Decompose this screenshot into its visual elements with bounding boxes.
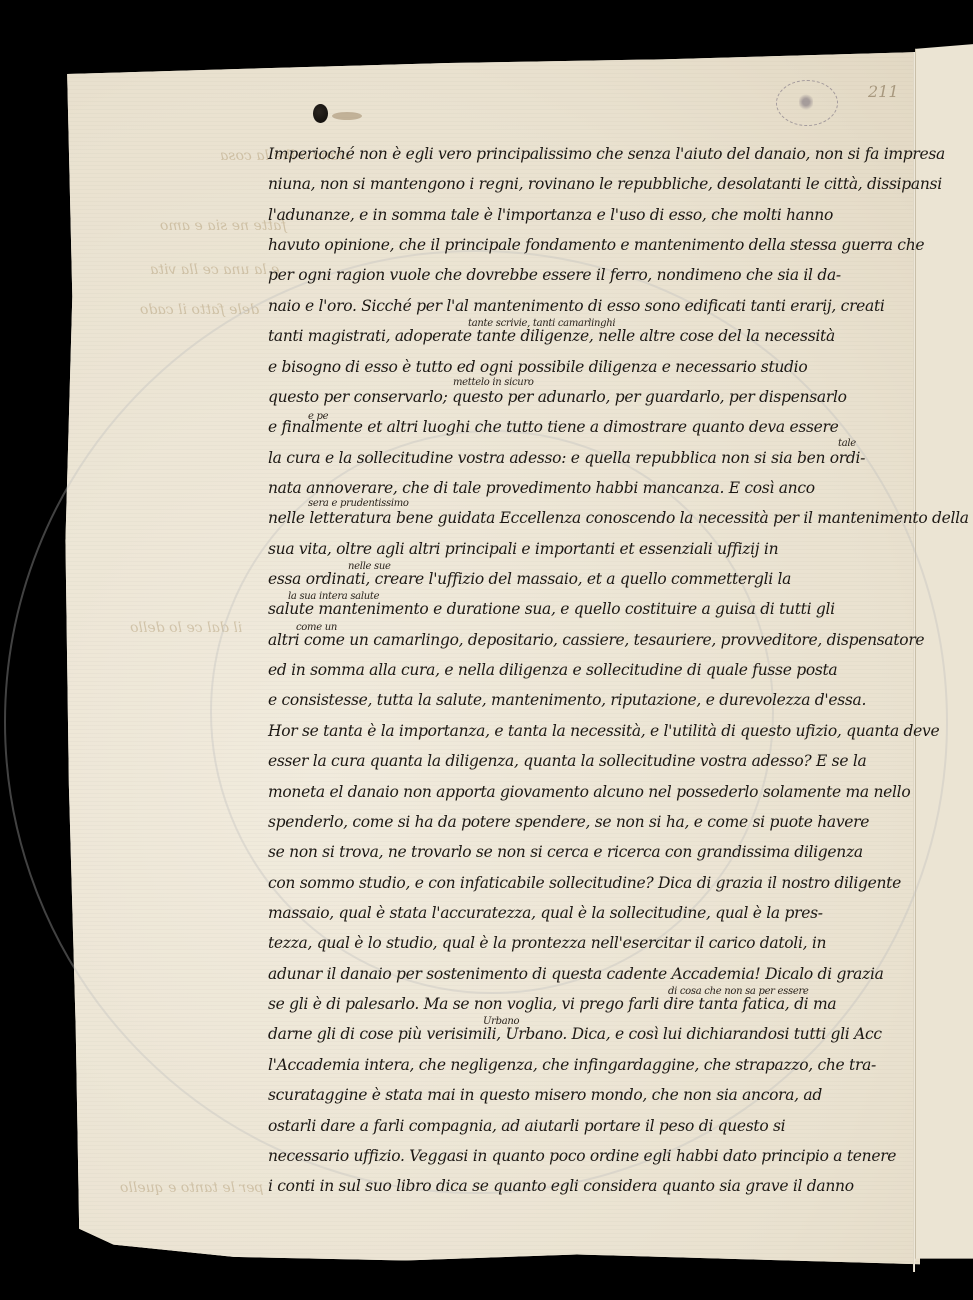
- text-line: tale la cura e la sollecitudine vostra a…: [268, 446, 918, 476]
- text-line-content: e finalmente et altri luoghi che tutto t…: [268, 418, 839, 436]
- text-line-content: e bisogno di esso è tutto ed ogni possib…: [268, 358, 807, 376]
- text-line-content: la cura e la sollecitudine vostra adesso…: [268, 449, 865, 467]
- text-line: moneta el danaio non apporta giovamento …: [268, 780, 918, 810]
- text-line: niuna, non si mantengono i regni, rovina…: [268, 172, 918, 202]
- text-line: Hor se tanta è la importanza, e tanta la…: [268, 719, 918, 749]
- interlinear-note: tante scrivie, tanti camarlinghi: [468, 312, 615, 336]
- bleed-through-text: e la una ce lla vita: [150, 262, 280, 278]
- interlinear-note: sera e prudentissimo: [308, 492, 409, 516]
- text-line: la sua intera salute salute mantenimento…: [268, 597, 918, 627]
- text-line: se non si trova, ne trovarlo se non si c…: [268, 840, 918, 870]
- text-line: adunar il danaio per sostenimento di que…: [268, 962, 918, 992]
- interlinear-note: nelle sue: [348, 555, 391, 579]
- text-line: scurataggine è stata mai in questo miser…: [268, 1083, 918, 1113]
- text-line-content: darne gli di cose più verisimili, Urbano…: [268, 1025, 882, 1043]
- text-line: sera e prudentissimo nelle letteratura b…: [268, 506, 918, 536]
- interlinear-note: come un: [296, 616, 337, 640]
- bleed-through-text: dele fatto il cado: [140, 302, 259, 318]
- text-line: con sommo studio, e con infaticabile sol…: [268, 871, 918, 901]
- ink-stain: [332, 112, 362, 120]
- manuscript-text: Imperioché non è egli vero principalissi…: [268, 142, 918, 1205]
- interlinear-note: tale: [838, 432, 856, 456]
- text-line: l'Accademia intera, che negligenza, che …: [268, 1053, 918, 1083]
- text-line: l'adunanze, e in somma tale è l'importan…: [268, 203, 918, 233]
- text-line: i conti in sul suo libro dica se quanto …: [268, 1174, 918, 1204]
- text-line: ed in somma alla cura, e nella diligenza…: [268, 658, 918, 688]
- text-line: Imperioché non è egli vero principalissi…: [268, 142, 918, 172]
- interlinear-note: e pe: [308, 405, 328, 429]
- text-line: di cosa che non sa per essere se gli è d…: [268, 992, 918, 1022]
- interlinear-note: la sua intera salute: [288, 585, 379, 609]
- ink-blot: [313, 104, 328, 123]
- text-line: havuto opinione, che il principale fonda…: [268, 233, 918, 263]
- text-line: tante scrivie, tanti camarlinghi tanti m…: [268, 324, 918, 354]
- text-line: spenderlo, come si ha da potere spendere…: [268, 810, 918, 840]
- text-line: Urbano darne gli di cose più verisimili,…: [268, 1022, 918, 1052]
- interlinear-note: Urbano: [483, 1010, 519, 1034]
- text-line: come un altri come un camarlingo, deposi…: [268, 628, 918, 658]
- text-line: tezza, qual è lo studio, qual è la pront…: [268, 931, 918, 961]
- interlinear-note: mettelo in sicuro: [453, 371, 534, 395]
- text-line: massaio, qual è stata l'accuratezza, qua…: [268, 901, 918, 931]
- interlinear-note: di cosa che non sa per essere: [668, 980, 809, 1004]
- library-stamp: [776, 80, 838, 126]
- text-line: necessario uffizio. Veggasi in quanto po…: [268, 1144, 918, 1174]
- text-line: esser la cura quanta la diligenza, quant…: [268, 749, 918, 779]
- bleed-through-text: per le tanto e quello: [120, 1180, 263, 1196]
- text-line: per ogni ragion vuole che dovrebbe esser…: [268, 263, 918, 293]
- text-line: ostarli dare a farli compagnia, ad aiuta…: [268, 1114, 918, 1144]
- text-line: mettelo in sicuro questo per conservarlo…: [268, 385, 918, 415]
- text-line-content: questo per conservarlo; questo per aduna…: [268, 388, 847, 406]
- bleed-through-text: il dal ce lo dello: [130, 620, 242, 636]
- adjacent-page-edge: [915, 44, 973, 1266]
- folio-number: 211: [868, 82, 899, 101]
- text-line: e bisogno di esso è tutto ed ogni possib…: [268, 355, 918, 385]
- text-line: e pe e finalmente et altri luoghi che tu…: [268, 415, 918, 445]
- text-line: e consistesse, tutta la salute, mantenim…: [268, 688, 918, 718]
- text-line-content: altri come un camarlingo, depositario, c…: [268, 631, 924, 649]
